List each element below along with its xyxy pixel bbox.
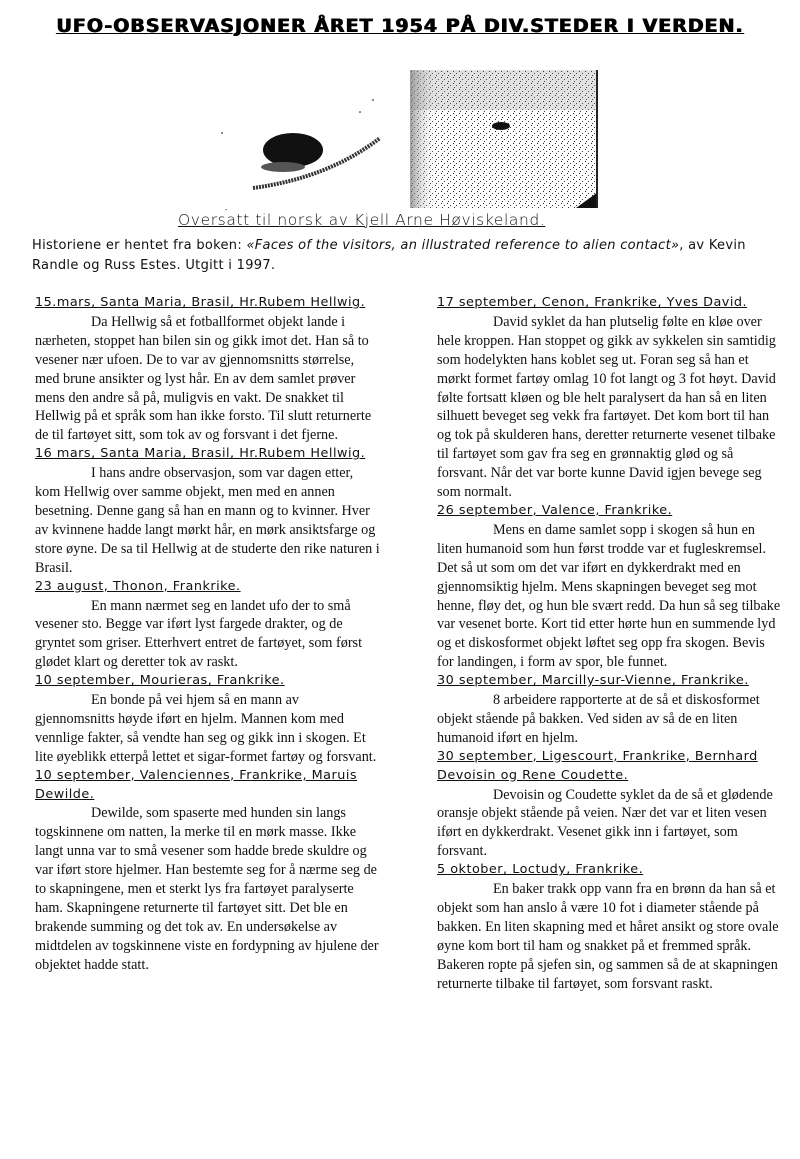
saucer-illustration [208,70,398,210]
observation-entry: 5 oktober, Loctudy, Frankrike. En baker … [437,861,782,993]
entry-text: En mann nærmet seg en landet ufo der to … [35,597,380,673]
entry-text: 8 arbeidere rapporterte at de så et disk… [437,691,782,748]
entry-heading: 23 august, Thonon, Frankrike. [35,578,380,597]
entry-text: Da Hellwig så et fotballformet objekt la… [35,313,380,445]
translator-credit: Oversatt til norsk av Kjell Arne Høviske… [178,211,545,229]
entry-heading: 15.mars, Santa Maria, Brasil, Hr.Rubem H… [35,294,380,313]
page-title: UFO-OBSERVASJONER ÅRET 1954 PÅ DIV.STEDE… [30,14,770,38]
source-prefix: Historiene er hentet fra boken: [32,238,246,253]
entry-text: Mens en dame samlet sopp i skogen så hun… [437,521,782,672]
entry-text: Devoisin og Coudette syklet da de så et … [437,786,782,862]
ufo-photo [410,70,600,210]
entry-heading: 30 september, Ligescourt, Frankrike, Ber… [437,748,782,786]
entry-heading: 10 september, Mourieras, Frankrike. [35,672,380,691]
left-column: 15.mars, Santa Maria, Brasil, Hr.Rubem H… [35,294,380,975]
entry-heading: 5 oktober, Loctudy, Frankrike. [437,861,782,880]
observation-entry: 10 september, Mourieras, Frankrike. En b… [35,672,380,767]
observation-entry: 15.mars, Santa Maria, Brasil, Hr.Rubem H… [35,294,380,445]
observation-entry: 26 september, Valence, Frankrike. Mens e… [437,502,782,672]
observation-entry: 17 september, Cenon, Frankrike, Yves Dav… [437,294,782,502]
entry-heading: 10 september, Valenciennes, Frankrike, M… [35,767,380,805]
entry-text: En bonde på vei hjem så en mann av gjenn… [35,691,380,767]
entry-heading: 30 september, Marcilly-sur-Vienne, Frank… [437,672,782,691]
observation-entry: 30 september, Marcilly-sur-Vienne, Frank… [437,672,782,748]
entry-heading: 26 september, Valence, Frankrike. [437,502,782,521]
right-column: 17 september, Cenon, Frankrike, Yves Dav… [437,294,782,994]
entry-text: I hans andre observasjon, som var dagen … [35,464,380,577]
source-note: Historiene er hentet fra boken: «Faces o… [32,236,782,276]
observation-entry: 30 september, Ligescourt, Frankrike, Ber… [437,748,782,861]
observation-entry: 23 august, Thonon, Frankrike. En mann næ… [35,578,380,673]
observation-entry: 16 mars, Santa Maria, Brasil, Hr.Rubem H… [35,445,380,577]
entry-heading: 16 mars, Santa Maria, Brasil, Hr.Rubem H… [35,445,380,464]
entry-heading: 17 september, Cenon, Frankrike, Yves Dav… [437,294,782,313]
entry-text: En baker trakk opp vann fra en brønn da … [437,880,782,993]
entry-text: David syklet da han plutselig følte en k… [437,313,782,502]
entry-text: Dewilde, som spaserte med hunden sin lan… [35,804,380,974]
observation-entry: 10 september, Valenciennes, Frankrike, M… [35,767,380,975]
source-book-title: «Faces of the visitors, an illustrated r… [246,238,679,253]
